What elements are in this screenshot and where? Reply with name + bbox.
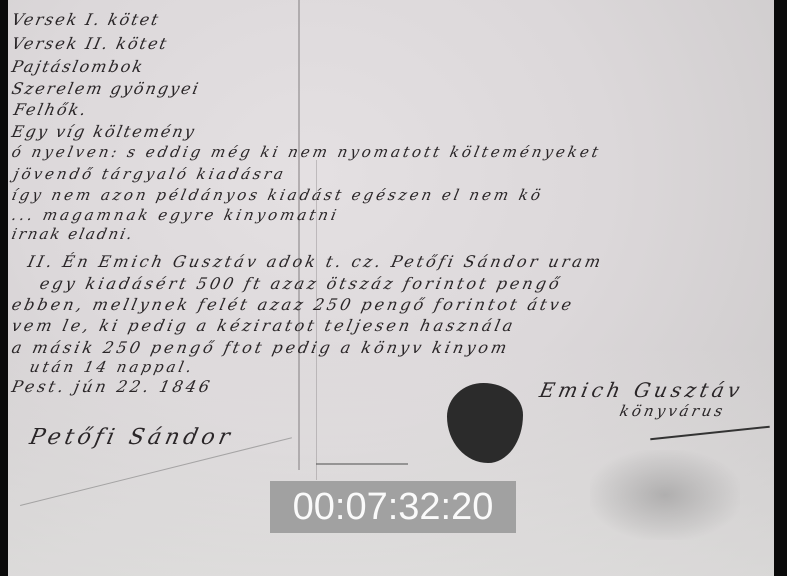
body-line: irnak eladni. <box>10 225 136 243</box>
timecode-overlay: 00:07:32:20 <box>270 481 516 533</box>
clause-line: II. Én Emich Gusztáv adok t. cz. Petőfi … <box>26 252 605 271</box>
list-line: Felhők. <box>12 100 90 119</box>
list-line: Versek II. kötet <box>10 34 170 53</box>
list-line: Szerelem gyöngyei <box>10 79 202 98</box>
signature-emich: Emich Gusztáv <box>537 378 745 402</box>
list-line: Pajtáslombok <box>10 57 146 76</box>
timecode-text: 00:07:32:20 <box>293 486 494 529</box>
clause-line: ebben, mellynek felét azaz 250 pengő for… <box>10 295 576 314</box>
fold-line-horizontal <box>316 463 408 465</box>
body-line: így nem azon példányos kiadást egészen e… <box>10 186 545 204</box>
left-letterbox <box>0 0 8 576</box>
video-frame: Versek I. kötet Versek II. kötet Pajtásl… <box>0 0 787 576</box>
ink-smudge <box>590 450 740 540</box>
right-letterbox <box>774 0 787 576</box>
clause-line: egy kiadásért 500 ft azaz ötszáz forinto… <box>38 274 564 293</box>
clause-line: után 14 nappal. <box>28 358 196 376</box>
body-line: jövendő tárgyaló kiadásra <box>12 165 288 183</box>
list-line: Versek I. kötet <box>10 10 162 29</box>
body-line: Egy víg költemény <box>10 122 198 141</box>
fold-line-vertical <box>298 0 300 470</box>
date-line: Pest. jún 22. 1846 <box>10 377 214 396</box>
body-line: ... magamnak egyre kinyomatni <box>10 206 341 224</box>
signature-petofi: Petőfi Sándor <box>27 425 236 450</box>
clause-line: vem le, ki pedig a kéziratot teljesen ha… <box>10 316 517 335</box>
signature-title: könyvárus <box>618 402 727 420</box>
body-line: ó nyelven: s eddig még ki nem nyomatott … <box>10 143 603 161</box>
clause-line: a másik 250 pengő ftot pedig a könyv kin… <box>10 338 511 357</box>
